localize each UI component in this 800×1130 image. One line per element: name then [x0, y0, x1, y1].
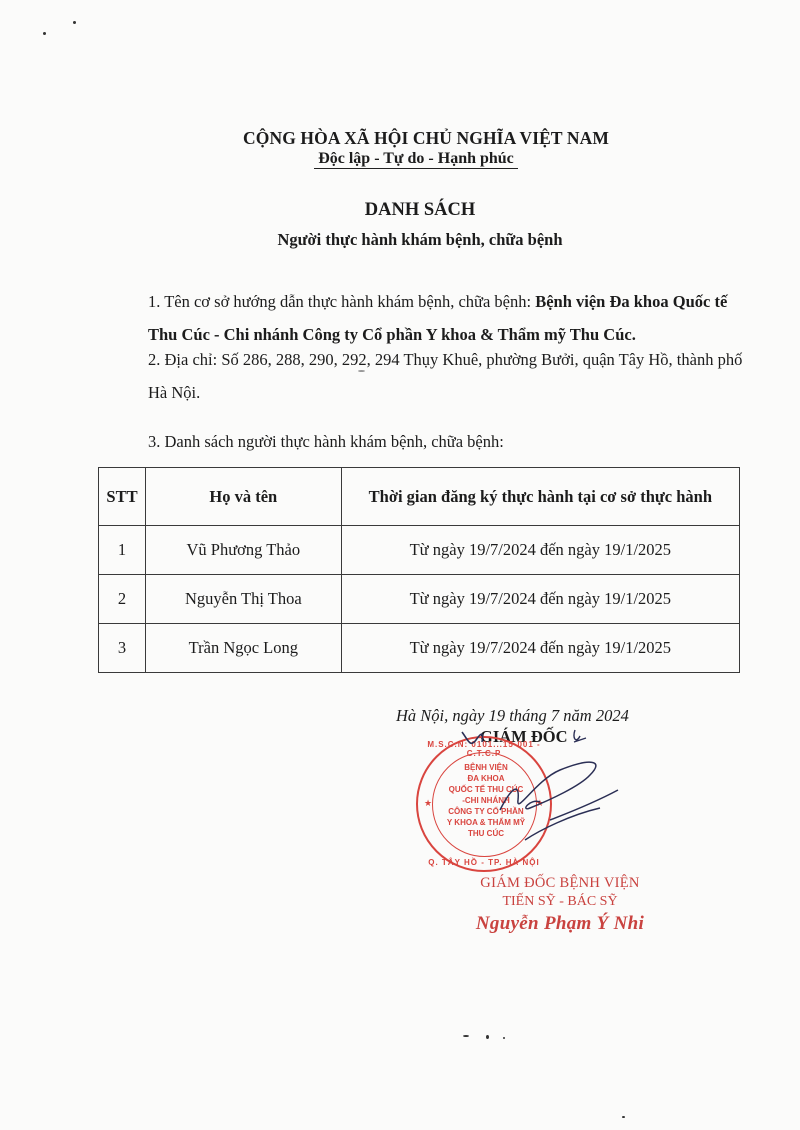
cell-stt: 1 [99, 526, 146, 575]
item-list-heading: 3. Danh sách người thực hành khám bệnh, … [98, 425, 758, 458]
cell-period: Từ ngày 19/7/2024 đến ngày 19/1/2025 [341, 526, 739, 575]
header-stt: STT [99, 468, 146, 526]
document-title: DANH SÁCH [20, 200, 800, 221]
handwritten-signature [440, 720, 630, 850]
scan-speck [43, 32, 46, 35]
national-title: CỘNG HÒA XÃ HỘI CHỦ NGHĨA VIỆT NAM [26, 128, 800, 149]
item-facility: 1. Tên cơ sở hướng dẫn thực hành khám bệ… [98, 285, 758, 351]
cell-period: Từ ngày 19/7/2024 đến ngày 19/1/2025 [341, 624, 739, 673]
item-address-text: 2. Địa chỉ: Số 286, 288, 290, 292, 294 T… [98, 343, 758, 409]
motto: Độc lập - Tự do - Hạnh phúc [16, 150, 800, 168]
scan-speck [73, 21, 76, 24]
scan-speck [486, 1035, 489, 1039]
table-row: 1 Vũ Phương Thảo Từ ngày 19/7/2024 đến n… [99, 526, 740, 575]
cell-stt: 3 [99, 624, 146, 673]
scan-speck [463, 1035, 469, 1037]
header-name: Họ và tên [145, 468, 341, 526]
official-name: Nguyễn Phạm Ý Nhi [440, 913, 680, 935]
cell-period: Từ ngày 19/7/2024 đến ngày 19/1/2025 [341, 575, 739, 624]
practitioner-table: STT Họ và tên Thời gian đăng ký thực hàn… [98, 467, 740, 673]
scan-speck [622, 1116, 625, 1118]
table-row: 3 Trần Ngọc Long Từ ngày 19/7/2024 đến n… [99, 624, 740, 673]
cell-name: Trần Ngọc Long [145, 624, 341, 673]
cell-name: Nguyễn Thị Thoa [145, 575, 341, 624]
header-period: Thời gian đăng ký thực hành tại cơ sở th… [341, 468, 739, 526]
item-facility-text: 1. Tên cơ sở hướng dẫn thực hành khám bệ… [98, 285, 758, 351]
official-degree: TIẾN SỸ - BÁC SỸ [440, 894, 680, 910]
item-list-heading-text: 3. Danh sách người thực hành khám bệnh, … [98, 425, 758, 458]
stamp-ring-bottom: Q. TÂY HỒ - TP. HÀ NỘI [418, 858, 550, 867]
item-address: 2. Địa chỉ: Số 286, 288, 290, 292, 294 T… [98, 343, 758, 409]
cell-name: Vũ Phương Thảo [145, 526, 341, 575]
motto-text: Độc lập - Tự do - Hạnh phúc [314, 150, 518, 169]
cell-stt: 2 [99, 575, 146, 624]
scan-speck [503, 1037, 505, 1039]
document-subtitle: Người thực hành khám bệnh, chữa bệnh [20, 230, 800, 250]
official-title: GIÁM ĐỐC BỆNH VIỆN [440, 875, 680, 892]
table-header-row: STT Họ và tên Thời gian đăng ký thực hàn… [99, 468, 740, 526]
table-row: 2 Nguyễn Thị Thoa Từ ngày 19/7/2024 đến … [99, 575, 740, 624]
item-facility-label: 1. Tên cơ sở hướng dẫn thực hành khám bệ… [148, 292, 535, 311]
